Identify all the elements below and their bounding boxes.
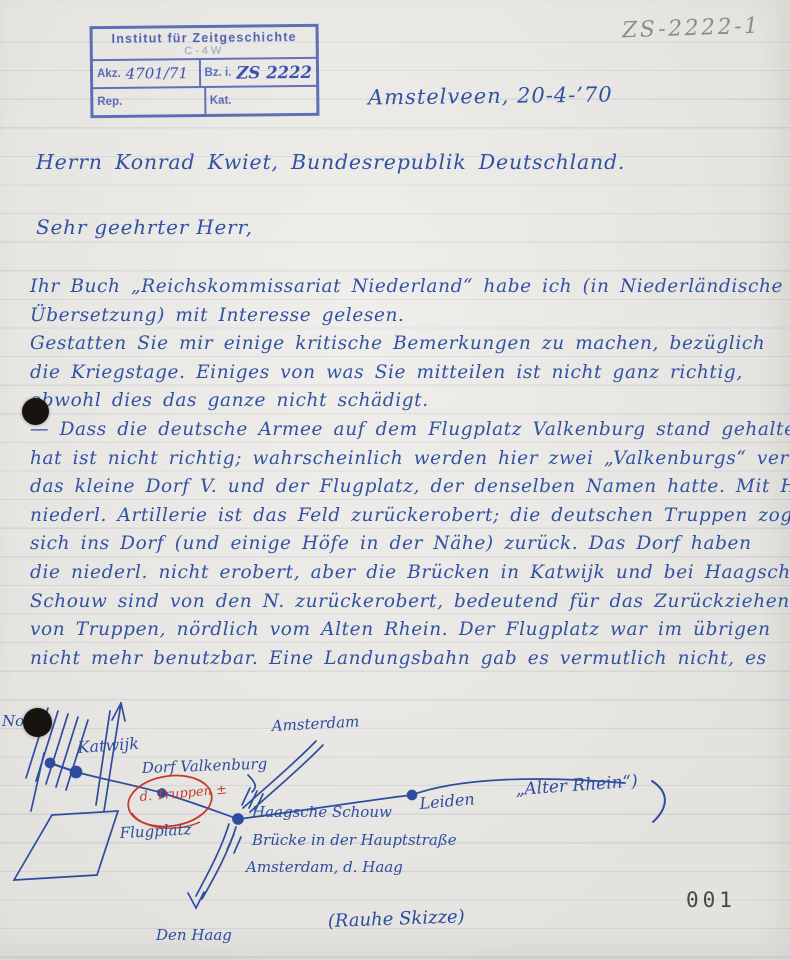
sketch-caption: (Rauhe Skizze) xyxy=(327,906,465,932)
body-line: — Dass die deutsche Armee auf dem Flugpl… xyxy=(30,416,780,445)
haagsche-schouw-junction-dot xyxy=(233,814,243,824)
road-route-label: Amsterdam, d. Haag xyxy=(244,858,403,876)
body-line: nicht mehr benutzbar. Eine Landungsbahn … xyxy=(30,645,780,674)
body-line: das kleine Dorf V. und der Flugplatz, de… xyxy=(30,473,780,502)
north-arrow-icon xyxy=(96,703,125,811)
bruecke-label: Brücke in der Hauptstraße xyxy=(251,831,457,849)
body-line: niederl. Artillerie ist das Feld zurücke… xyxy=(30,502,780,531)
hole-punch xyxy=(22,398,49,425)
body-line: sich ins Dorf (und einige Höfe in der Nä… xyxy=(30,530,780,559)
institute-stamp: Institut für Zeitgeschichte C-4W Akz. 47… xyxy=(90,24,320,118)
haagsche-schouw-label: Haagsche Schouw xyxy=(251,803,392,821)
body-line: die Kriegstage. Einiges von was Sie mitt… xyxy=(30,359,780,388)
flugplatz-label: Flugplatz xyxy=(118,820,192,842)
dorf-valkenburg-label: Dorf Valkenburg xyxy=(141,755,268,777)
stamp-frame: Institut für Zeitgeschichte C-4W Akz. 47… xyxy=(90,24,320,118)
katwijk-label: Katwijk xyxy=(76,734,140,757)
body-line: die niederl. nicht erobert, aber die Brü… xyxy=(30,559,780,588)
body-line: Gestatten Sie mir einige kritische Bemer… xyxy=(30,330,780,359)
letter-salutation: Sehr geehrter Herr, xyxy=(36,215,253,239)
alter-rhein-label: „Alter Rhein“) xyxy=(515,771,639,799)
leiden-dot xyxy=(408,791,417,800)
body-line: hat ist nicht richtig; wahrscheinlich we… xyxy=(30,445,780,474)
stamp-bz-value: ZS 2222 xyxy=(236,62,312,82)
flugplatz-diamond xyxy=(14,811,118,880)
stamp-kat-label: Kat. xyxy=(210,95,232,107)
stamp-akz-label: Akz. xyxy=(97,68,121,80)
page-number-stamp: 001 xyxy=(686,888,736,912)
troops-red-label: d. Truppen ± xyxy=(139,782,228,805)
amsterdam-label: Amsterdam xyxy=(269,712,359,735)
pencil-archive-ref: ZS-2222-1 xyxy=(622,14,761,44)
body-line: Schouw sind von den N. zurückerobert, be… xyxy=(30,588,780,617)
letter-addressee: Herrn Konrad Kwiet, Bundesrepublik Deuts… xyxy=(36,150,625,174)
closing-paren-stroke xyxy=(652,781,665,822)
letter-dateline: Amstelveen, 20-4-’70 xyxy=(368,83,613,110)
stamp-akz-value: 4701/71 xyxy=(126,64,189,83)
body-line: Übersetzung) mit Interesse gelesen. xyxy=(30,302,780,331)
stamp-city-line: C-4W xyxy=(95,44,314,58)
sketch-map: d. Truppen ± Nord Katwijk Dorf Valkenbur… xyxy=(0,693,790,960)
stamp-rep-label: Rep. xyxy=(97,96,122,108)
letter-body: Ihr Buch „Reichskommissariat Niederland“… xyxy=(30,273,780,673)
hole-punch xyxy=(23,708,52,737)
scanned-letter-page: ZS-2222-1 Institut für Zeitgeschichte C-… xyxy=(0,0,790,960)
body-line: Ihr Buch „Reichskommissariat Niederland“… xyxy=(30,273,780,302)
den-haag-label: Den Haag xyxy=(155,926,232,944)
body-line: von Truppen, nördlich vom Alten Rhein. D… xyxy=(30,616,780,645)
leiden-label: Leiden xyxy=(418,789,476,813)
body-line: obwohl dies das ganze nicht schädigt. xyxy=(30,387,780,416)
stamp-bz-label: Bz. i. xyxy=(204,67,231,79)
